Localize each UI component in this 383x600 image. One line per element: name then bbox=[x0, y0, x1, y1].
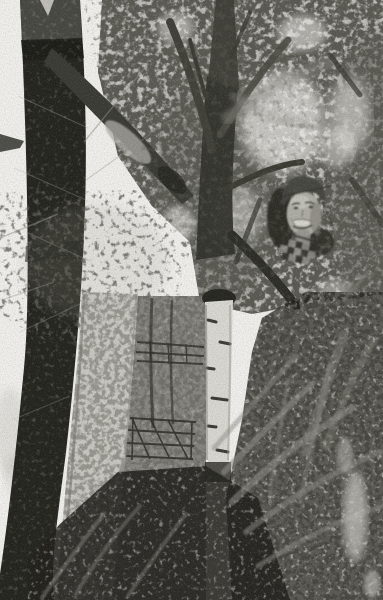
photo-canvas: Grainy black-and-white double-exposure p… bbox=[0, 0, 383, 600]
photograph: Grainy black-and-white double-exposure p… bbox=[0, 0, 383, 600]
film-grain bbox=[0, 0, 383, 600]
